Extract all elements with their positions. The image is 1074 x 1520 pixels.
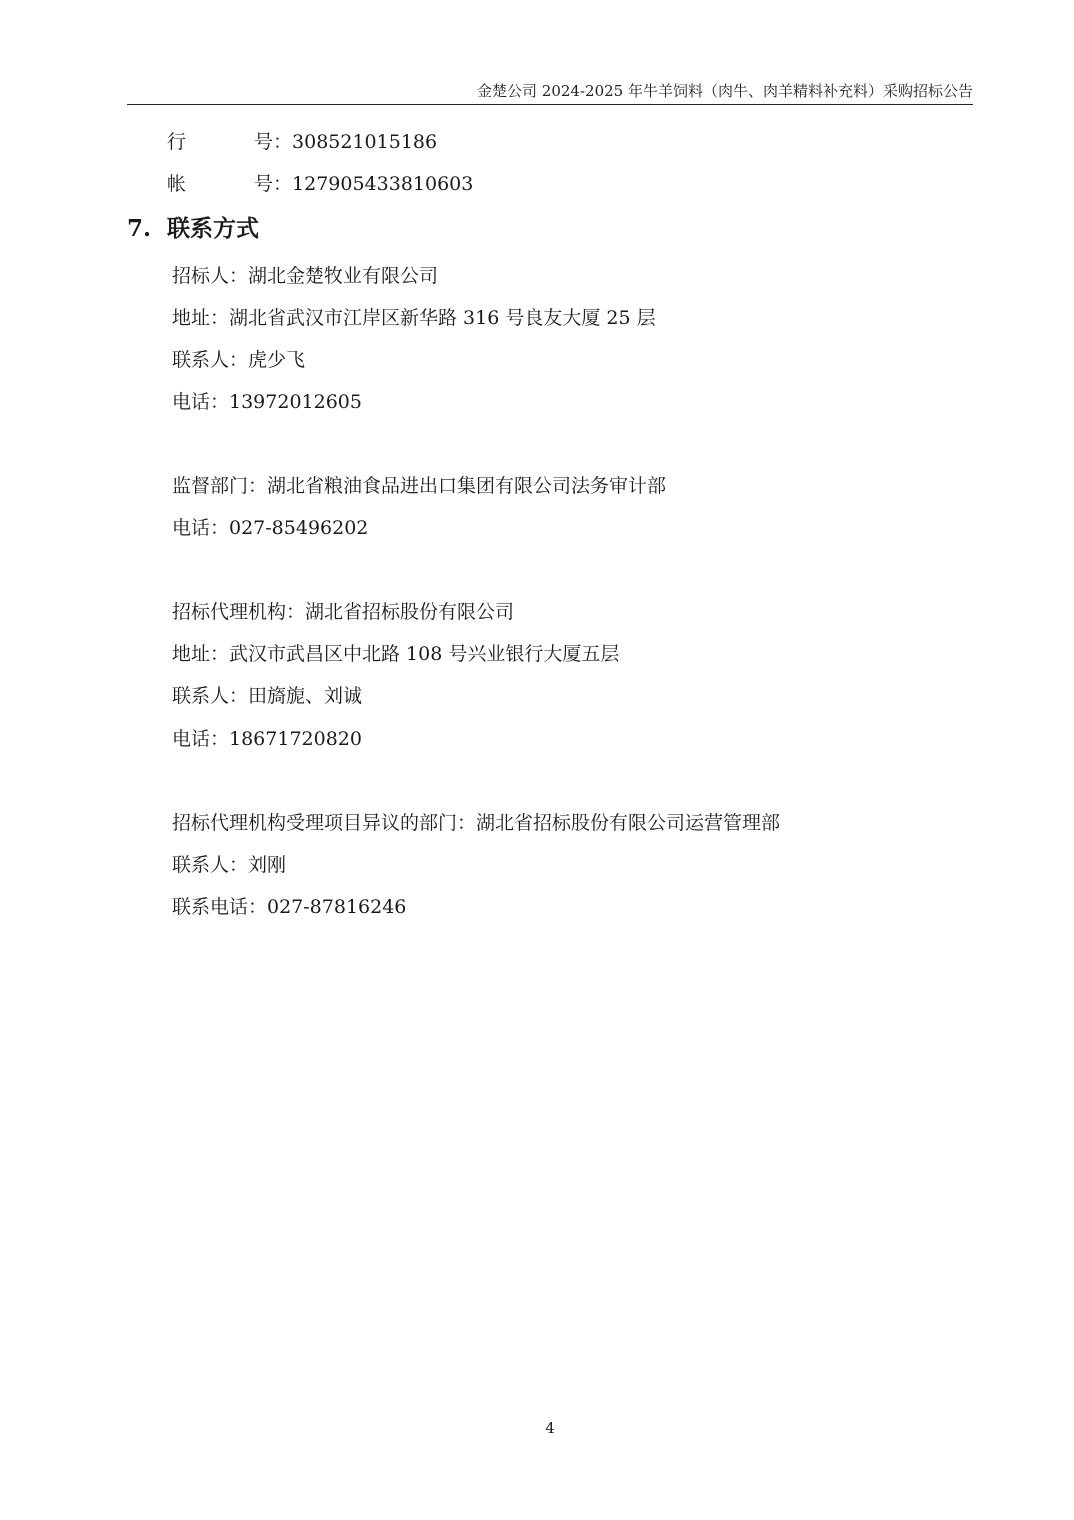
objection-contact: 联系人：刘刚: [172, 853, 286, 877]
bank-number: 308521015186: [292, 131, 437, 153]
bank-label-suffix: 号：: [254, 131, 292, 153]
account-number: 127905433810603: [292, 173, 473, 195]
page-number: 4: [0, 1419, 1074, 1437]
bank-row: 行号：308521015186: [167, 130, 437, 154]
tenderer-address: 地址：湖北省武汉市江岸区新华路 316 号良友大厦 25 层: [172, 306, 656, 330]
agency-address: 地址：武汉市武昌区中北路 108 号兴业银行大厦五层: [172, 642, 619, 666]
header-title: 金楚公司 2024-2025 年牛羊饲料（肉牛、肉羊精料补充料）采购招标公告: [127, 80, 973, 101]
tenderer: 招标人：湖北金楚牧业有限公司: [172, 264, 438, 288]
agency-contact: 联系人：田旖旎、刘诚: [172, 684, 362, 708]
agency: 招标代理机构：湖北省招标股份有限公司: [172, 600, 514, 624]
tenderer-contact: 联系人：虎少飞: [172, 348, 305, 372]
account-label-suffix: 号：: [254, 173, 292, 195]
objection-dept: 招标代理机构受理项目异议的部门：湖北省招标股份有限公司运营管理部: [172, 811, 780, 835]
section-title: 联系方式: [167, 215, 259, 242]
supervisor-phone: 电话：027-85496202: [172, 516, 368, 540]
header-divider: [127, 104, 973, 105]
supervisor: 监督部门：湖北省粮油食品进出口集团有限公司法务审计部: [172, 474, 666, 498]
objection-phone: 联系电话：027-87816246: [172, 895, 406, 919]
bank-label: 行: [167, 131, 186, 153]
account-label: 帐: [167, 173, 186, 195]
tenderer-phone: 电话：13972012605: [172, 390, 362, 414]
account-row: 帐号：127905433810603: [167, 172, 473, 196]
section-number: 7.: [127, 214, 167, 244]
section-heading: 7.联系方式: [127, 214, 259, 244]
agency-phone: 电话：18671720820: [172, 727, 362, 751]
